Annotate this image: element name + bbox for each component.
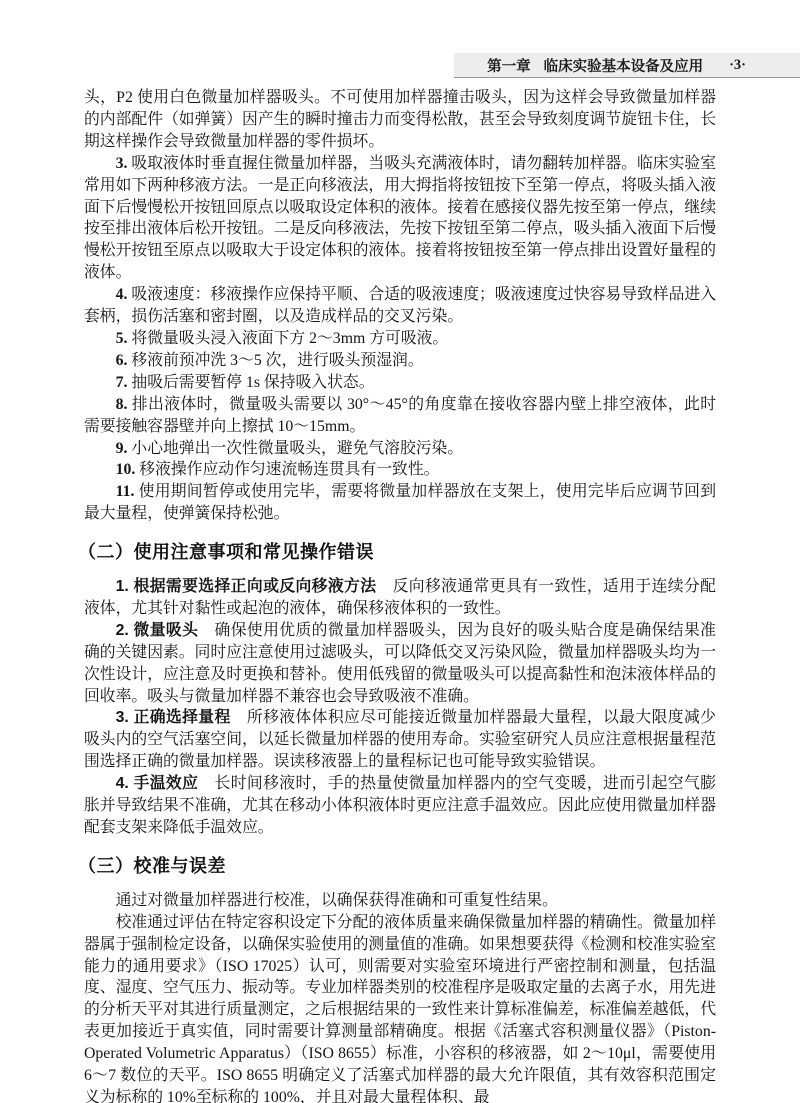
paragraph: 8. 排出液体时，微量吸头需要以 30°～45°的角度靠在接收容器内壁上排空液体… — [84, 394, 716, 438]
chapter-title: 临床实验基本设备及应用 — [544, 55, 704, 76]
paragraph: 4. 手温效应 长时间移液时，手的热量使微量加样器内的空气变暖，进而引起空气膨胀… — [84, 773, 716, 839]
paragraph: 头，P2 使用白色微量加样器吸头。不可使用加样器撞击吸头，因为这样会导致微量加样… — [84, 87, 716, 153]
section-heading: （三）校准与误差 — [78, 856, 716, 878]
paragraph: 7. 抽吸后需要暂停 1s 保持吸入状态。 — [84, 372, 716, 394]
bold-text-run: 11. — [116, 483, 139, 500]
paragraph: 1. 根据需要选择正向或反向移液方法 反向移液通常更具有一致性，适用于连续分配液… — [84, 576, 716, 620]
paragraph: 3. 吸取液体时垂直握住微量加样器，当吸头充满液体时，请勿翻转加样器。临床实验室… — [84, 153, 716, 284]
paragraph: 通过对微量加样器进行校准，以确保获得准确和可重复性结果。 — [84, 890, 716, 912]
paragraph: 4. 吸液速度：移液操作应保持平顺、合适的吸液速度；吸液速度过快容易导致样品进入… — [84, 284, 716, 328]
text-run: 将微量吸头浸入液面下方 2～3mm 方可吸液。 — [131, 330, 448, 347]
paragraph: 5. 将微量吸头浸入液面下方 2～3mm 方可吸液。 — [84, 328, 716, 350]
bold-text-run: 3. 正确选择量程 — [116, 709, 231, 726]
bold-text-run: 6. — [116, 352, 132, 369]
text-run: 使用期间暂停或使用完毕，需要将微量加样器放在支架上，使用完毕后应调节回到最大量程… — [84, 483, 716, 522]
text-run: 移液前预冲洗 3～5 次，进行吸头预湿润。 — [131, 352, 423, 369]
section-heading: （二）使用注意事项和常见操作错误 — [78, 542, 716, 564]
bold-text-run: 4. 手温效应 — [116, 775, 199, 792]
bold-text-run: 1. 根据需要选择正向或反向移液方法 — [116, 578, 377, 595]
paragraph: 10. 移液操作应动作匀速流畅连贯具有一致性。 — [84, 459, 716, 481]
text-run: 小心地弹出一次性微量吸头，避免气溶胶污染。 — [131, 440, 463, 457]
page-body: 头，P2 使用白色微量加样器吸头。不可使用加样器撞击吸头，因为这样会导致微量加样… — [84, 87, 716, 1103]
bold-text-run: 4. — [116, 286, 132, 303]
chapter-label: 第一章 — [487, 55, 531, 76]
bold-text-run: （三）校准与误差 — [78, 856, 226, 876]
paragraph: 9. 小心地弹出一次性微量吸头，避免气溶胶污染。 — [84, 438, 716, 460]
text-run: 头，P2 使用白色微量加样器吸头。不可使用加样器撞击吸头，因为这样会导致微量加样… — [84, 89, 716, 150]
text-run: 校准通过评估在特定容积设定下分配的液体质量来确保微量加样器的精确性。微量加样器属… — [84, 914, 716, 1103]
text-run: 通过对微量加样器进行校准，以确保获得准确和可重复性结果。 — [116, 892, 558, 909]
bold-text-run: 2. 微量吸头 — [116, 622, 199, 639]
text-run: 吸取液体时垂直握住微量加样器，当吸头充满液体时，请勿翻转加样器。临床实验室常用如… — [84, 155, 716, 282]
page-number: ·3· — [729, 57, 746, 74]
bold-text-run: 5. — [116, 330, 132, 347]
bold-text-run: 3. — [116, 155, 132, 172]
bold-text-run: 9. — [116, 440, 132, 457]
paragraph: 2. 微量吸头 确保使用优质的微量加样器吸头，因为良好的吸头贴合度是确保结果准确… — [84, 620, 716, 708]
bold-text-run: 8. — [116, 396, 132, 413]
bold-text-run: 10. — [116, 461, 140, 478]
paragraph: 3. 正确选择量程 所移液体体积应尽可能接近微量加样器最大量程，以最大限度减少吸… — [84, 707, 716, 773]
bold-text-run: （二）使用注意事项和常见操作错误 — [78, 542, 374, 562]
paragraph: 校准通过评估在特定容积设定下分配的液体质量来确保微量加样器的精确性。微量加样器属… — [84, 912, 716, 1103]
text-run: 排出液体时，微量吸头需要以 30°～45°的角度靠在接收容器内壁上排空液体，此时… — [84, 396, 716, 435]
text-run: 吸液速度：移液操作应保持平顺、合适的吸液速度；吸液速度过快容易导致样品进入套柄，… — [84, 286, 716, 325]
book-page: 第一章 临床实验基本设备及应用 ·3· 头，P2 使用白色微量加样器吸头。不可使… — [0, 0, 800, 1103]
text-run: 移液操作应动作匀速流畅连贯具有一致性。 — [139, 461, 439, 478]
bold-text-run: 7. — [116, 374, 132, 391]
paragraph: 6. 移液前预冲洗 3～5 次，进行吸头预湿润。 — [84, 350, 716, 372]
paragraph: 11. 使用期间暂停或使用完毕，需要将微量加样器放在支架上，使用完毕后应调节回到… — [84, 481, 716, 525]
text-run: 抽吸后需要暂停 1s 保持吸入状态。 — [131, 374, 374, 391]
running-header: 第一章 临床实验基本设备及应用 ·3· — [454, 53, 800, 78]
